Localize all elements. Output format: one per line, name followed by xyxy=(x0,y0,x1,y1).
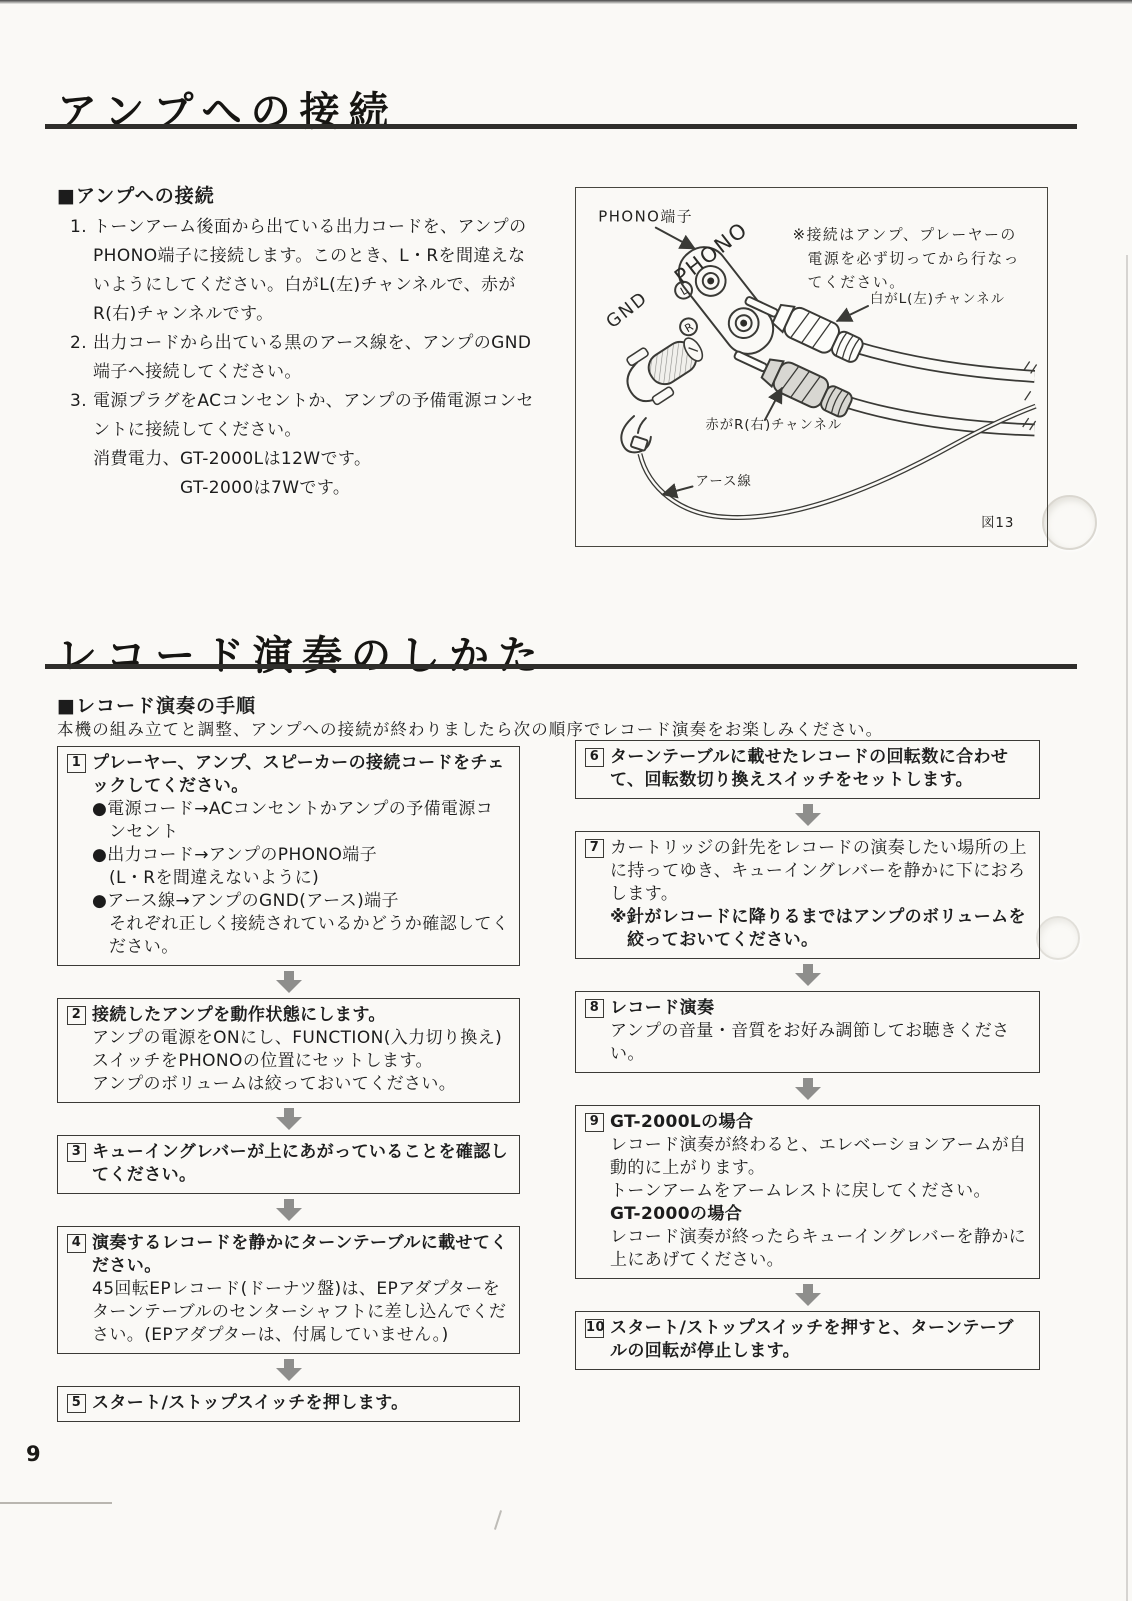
earth-wire-label: アース線 xyxy=(695,473,751,489)
svg-text:※接続はアンプ、プレーヤーの: ※接続はアンプ、プレーヤーの xyxy=(793,226,1017,244)
step-body: アンプのボリュームは絞っておいてください。 xyxy=(92,1073,510,1096)
red-channel-label: 赤がR(右)チャンネル xyxy=(705,416,842,433)
step-caution-note: ※針がレコードに降りるまではアンプのボリュームを絞っておいてください。 xyxy=(610,906,1030,952)
flow-down-arrow-icon xyxy=(276,1199,302,1221)
step-number: 10 xyxy=(585,1319,604,1338)
amp-title-rule xyxy=(45,124,1077,129)
step-box-3: 3 キューイングレバーが上にあがっていることを確認してください。 xyxy=(57,1135,520,1194)
connection-figure-art: L R PHONO GND PHONO端子 ※接続はアンプ、プレーヤーの 電源を… xyxy=(576,188,1046,545)
step-body: トーンアームをアームレストに戻してください。 xyxy=(610,1180,1030,1203)
step-body: アンプの音量・音質をお好み調節してお聴きください。 xyxy=(610,1020,1030,1066)
step-body: レコード演奏が終ったらキューイングレバーを静かに上にあげてください。 xyxy=(610,1226,1030,1272)
step-box-10: 10 スタート/ストップスイッチを押すと、ターンテーブルの回転が停止します。 xyxy=(575,1311,1040,1370)
list-item-text: 電源プラグをACコンセントか、アンプの予備電源コンセントに接続してください。 xyxy=(93,387,535,445)
caution-note: ※接続はアンプ、プレーヤーの 電源を必ず切ってから行なっ てください。 xyxy=(793,226,1020,292)
list-item: 3. 電源プラグをACコンセントか、アンプの予備電源コンセントに接続してください… xyxy=(70,387,535,445)
flow-down-arrow-icon xyxy=(795,964,821,986)
step-title: プレーヤー、アンプ、スピーカーの接続コードをチェックしてください。 xyxy=(92,752,510,798)
step-bullet: 出力コード→アンプのPHONO端子 xyxy=(92,844,510,867)
scan-right-edge-artifact xyxy=(1126,255,1128,1601)
step-subtitle: GT-2000の場合 xyxy=(610,1203,1030,1226)
white-channel-leader xyxy=(837,306,868,321)
power-consumption-note: 消費電力、GT-2000Lは12Wです。 xyxy=(93,445,535,474)
list-item-number: 1. xyxy=(70,213,93,329)
scan-top-edge-artifact xyxy=(0,0,1132,4)
list-item-number: 2. xyxy=(70,329,93,387)
step-box-4: 4 演奏するレコードを静かにターンテーブルに載せてください。 45回転EPレコー… xyxy=(57,1226,520,1354)
step-number: 2 xyxy=(67,1006,86,1025)
step-lead-text: カートリッジの針先をレコードの演奏したい場所の上に持ってゆき、キューイングレバー… xyxy=(610,837,1030,906)
step-number: 1 xyxy=(67,754,86,773)
step-body: アンプの電源をONにし、FUNCTION(入力切り換え)スイッチをPHONOの位… xyxy=(92,1027,510,1073)
step-title: ターンテーブルに載せたレコードの回転数に合わせて、回転数切り換えスイッチをセット… xyxy=(610,746,1030,792)
svg-text:てください。: てください。 xyxy=(808,273,906,291)
svg-text:電源を必ず切ってから行なっ: 電源を必ず切ってから行なっ xyxy=(808,249,1021,267)
step-subline: それぞれ正しく接続されているかどうか確認してください。 xyxy=(109,913,510,959)
step-title: 接続したアンプを動作状態にします。 xyxy=(92,1004,510,1027)
list-item: 2. 出力コードから出ている黒のアース線を、アンプのGND端子へ接続してください… xyxy=(70,329,535,387)
step-number: 5 xyxy=(67,1394,86,1413)
flow-down-arrow-icon xyxy=(276,1359,302,1381)
step-box-7: 7 カートリッジの針先をレコードの演奏したい場所の上に持ってゆき、キューイングレ… xyxy=(575,831,1040,959)
step-box-1: 1 プレーヤー、アンプ、スピーカーの接続コードをチェックしてください。 電源コー… xyxy=(57,746,520,966)
gnd-jack-label: GND xyxy=(602,287,652,332)
step-title: スタート/ストップスイッチを押します。 xyxy=(92,1392,510,1415)
r-channel-badge: R xyxy=(677,315,700,338)
scan-circle-artifact xyxy=(1036,916,1080,960)
step-title: キューイングレバーが上にあがっていることを確認してください。 xyxy=(92,1141,510,1187)
cable-clamp xyxy=(614,322,713,413)
flow-down-arrow-icon xyxy=(795,1078,821,1100)
earth-wire-leader xyxy=(663,486,693,494)
step-title: スタート/ストップスイッチを押すと、ターンテーブルの回転が停止します。 xyxy=(610,1317,1030,1363)
steps-right-column: 6 ターンテーブルに載せたレコードの回転数に合わせて、回転数切り換えスイッチをセ… xyxy=(575,740,1040,1370)
step-box-6: 6 ターンテーブルに載せたレコードの回転数に合わせて、回転数切り換えスイッチをセ… xyxy=(575,740,1040,799)
power-consumption-note: GT-2000は7Wです。 xyxy=(180,474,535,503)
step-bullet: 電源コード→ACコンセントかアンプの予備電源コンセント xyxy=(92,798,510,844)
list-item-text: トーンアーム後面から出ている出力コードを、アンプのPHONO端子に接続します。こ… xyxy=(93,213,535,329)
play-title-rule xyxy=(45,664,1077,669)
step-title: 演奏するレコードを静かにターンテーブルに載せてください。 xyxy=(92,1232,510,1278)
list-item: 1. トーンアーム後面から出ている出力コードを、アンプのPHONO端子に接続しま… xyxy=(70,213,535,329)
flow-down-arrow-icon xyxy=(276,1108,302,1130)
manual-page: アンプへの接続 ■アンプへの接続 1. トーンアーム後面から出ている出力コードを… xyxy=(0,0,1132,1601)
step-box-8: 8 レコード演奏 アンプの音量・音質をお好み調節してお聴きください。 xyxy=(575,991,1040,1073)
step-number: 6 xyxy=(585,748,604,767)
white-channel-label: 白がL(左)チャンネル xyxy=(870,291,1005,307)
play-section-heading: ■レコード演奏の手順 xyxy=(57,691,256,718)
flow-down-arrow-icon xyxy=(795,1284,821,1306)
amp-section-heading: ■アンプへの接続 xyxy=(57,181,215,208)
step-box-5: 5 スタート/ストップスイッチを押します。 xyxy=(57,1386,520,1422)
flow-down-arrow-icon xyxy=(795,804,821,826)
step-title: レコード演奏 xyxy=(610,997,1030,1020)
step-subline: (L・Rを間違えないように) xyxy=(109,867,510,890)
scan-circle-artifact xyxy=(1042,495,1097,550)
step-number: 7 xyxy=(585,839,604,858)
step-bullet: アース線→アンプのGND(アース)端子 xyxy=(92,890,510,913)
phono-terminal-label: PHONO端子 xyxy=(598,208,693,226)
play-intro-text: 本機の組み立てと調整、アンプへの接続が終わりましたら次の順序でレコード演奏をお楽… xyxy=(57,716,1067,740)
steps-left-column: 1 プレーヤー、アンプ、スピーカーの接続コードをチェックしてください。 電源コー… xyxy=(57,746,520,1422)
step-box-2: 2 接続したアンプを動作状態にします。 アンプの電源をONにし、FUNCTION… xyxy=(57,998,520,1103)
amp-instruction-list: 1. トーンアーム後面から出ている出力コードを、アンプのPHONO端子に接続しま… xyxy=(70,213,535,503)
phono-terminal-leader xyxy=(656,228,695,249)
list-item-text: 出力コードから出ている黒のアース線を、アンプのGND端子へ接続してください。 xyxy=(93,329,535,387)
step-body: 45回転EPレコード(ドーナツ盤)は、EPアダプターをターンテーブルのセンターシ… xyxy=(92,1278,510,1347)
step-number: 9 xyxy=(585,1113,604,1132)
spade-lug xyxy=(621,416,651,452)
step-number: 4 xyxy=(67,1234,86,1253)
step-box-9: 9 GT-2000Lの場合 レコード演奏が終わると、エレベーションアームが自動的… xyxy=(575,1105,1040,1279)
step-title: GT-2000Lの場合 xyxy=(610,1111,1030,1134)
red-channel-leader xyxy=(765,388,782,420)
scan-scratch-artifact xyxy=(494,1510,502,1530)
step-number: 8 xyxy=(585,999,604,1018)
page-number: 9 xyxy=(26,1442,42,1466)
step-number: 3 xyxy=(67,1143,86,1162)
scan-bottom-line-artifact xyxy=(0,1502,112,1504)
figure-number: 図13 xyxy=(981,515,1014,531)
play-section-title: レコード演奏のしかた xyxy=(57,624,547,681)
flow-down-arrow-icon xyxy=(276,971,302,993)
step-body: レコード演奏が終わると、エレベーションアームが自動的に上がります。 xyxy=(610,1134,1030,1180)
connection-figure: L R PHONO GND PHONO端子 ※接続はアンプ、プレーヤーの 電源を… xyxy=(575,187,1048,547)
list-item-number: 3. xyxy=(70,387,93,445)
